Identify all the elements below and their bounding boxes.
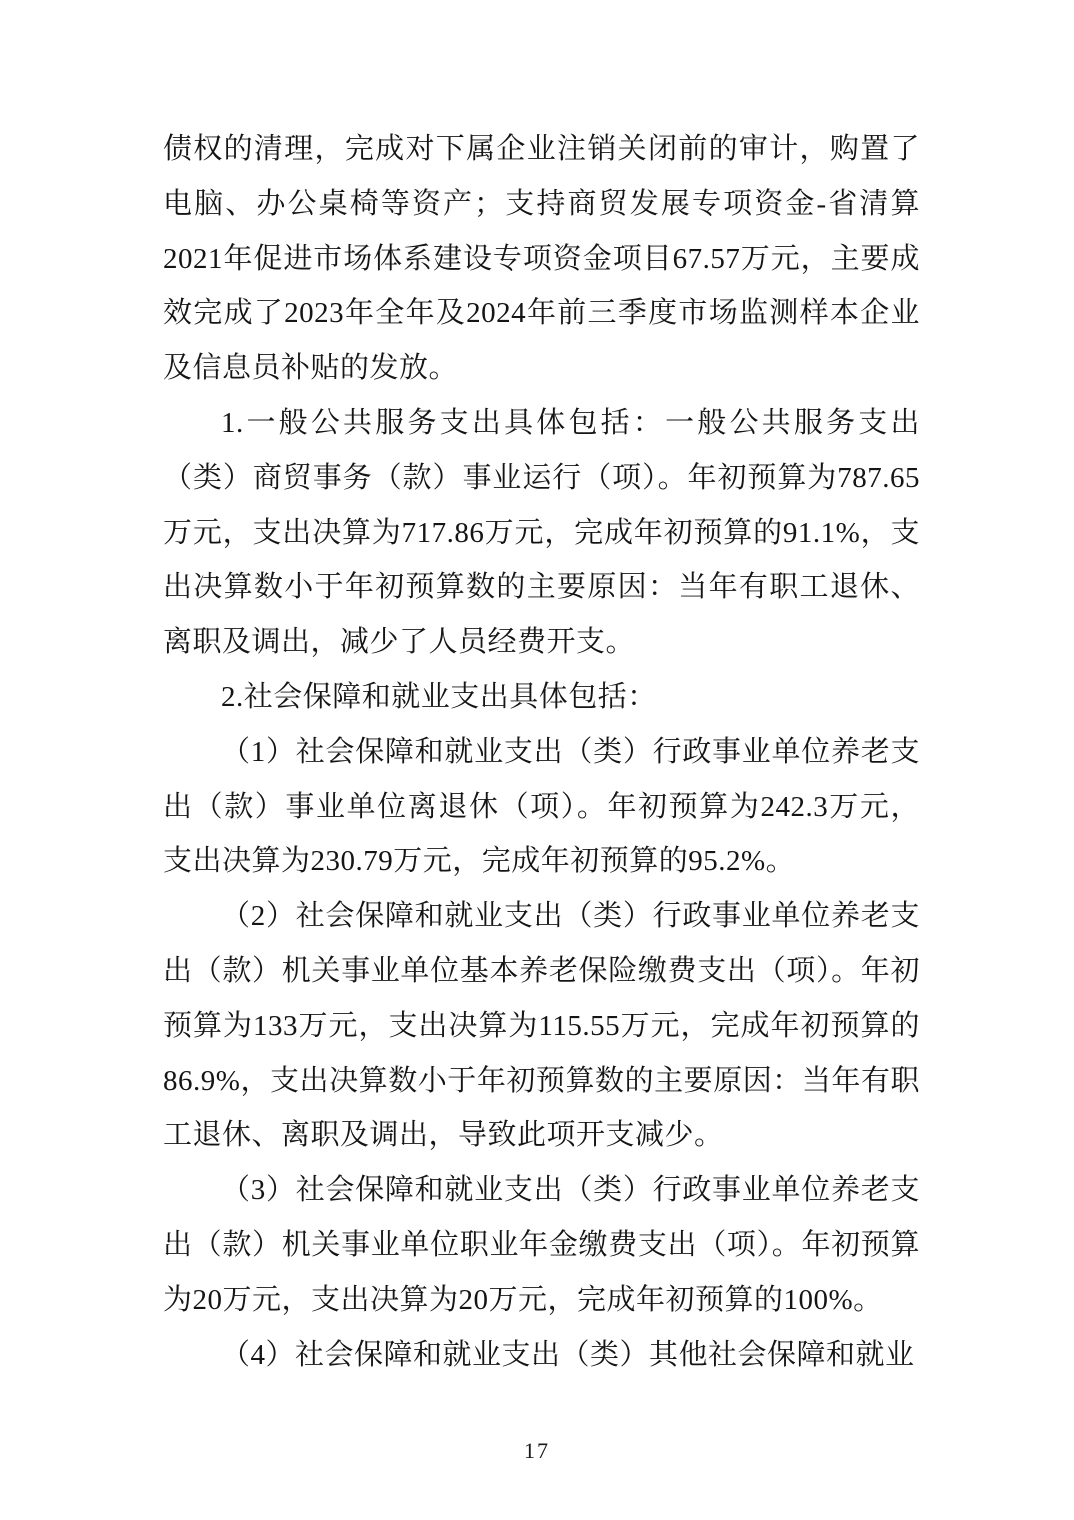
paragraph-social-security-item-4: （4）社会保障和就业支出（类）其他社会保障和就业	[163, 1328, 920, 1383]
paragraph-general-public-services: 1.一般公共服务支出具体包括：一般公共服务支出（类）商贸事务（款）事业运行（项）…	[163, 396, 920, 670]
paragraph-continuation: 债权的清理，完成对下属企业注销关闭前的审计，购置了电脑、办公桌椅等资产；支持商贸…	[163, 122, 920, 396]
paragraph-social-security-item-3: （3）社会保障和就业支出（类）行政事业单位养老支出（款）机关事业单位职业年金缴费…	[163, 1163, 920, 1327]
paragraph-social-security-item-2: （2）社会保障和就业支出（类）行政事业单位养老支出（款）机关事业单位基本养老保险…	[163, 889, 920, 1163]
page-number: 17	[524, 1438, 550, 1463]
document-page: 债权的清理，完成对下属企业注销关闭前的审计，购置了电脑、办公桌椅等资产；支持商贸…	[0, 0, 1074, 1520]
paragraph-social-security-heading: 2.社会保障和就业支出具体包括：	[163, 670, 920, 725]
document-body: 债权的清理，完成对下属企业注销关闭前的审计，购置了电脑、办公桌椅等资产；支持商贸…	[163, 122, 920, 1382]
page-footer: 17	[0, 1438, 1074, 1464]
paragraph-social-security-item-1: （1）社会保障和就业支出（类）行政事业单位养老支出（款）事业单位离退休（项）。年…	[163, 725, 920, 889]
